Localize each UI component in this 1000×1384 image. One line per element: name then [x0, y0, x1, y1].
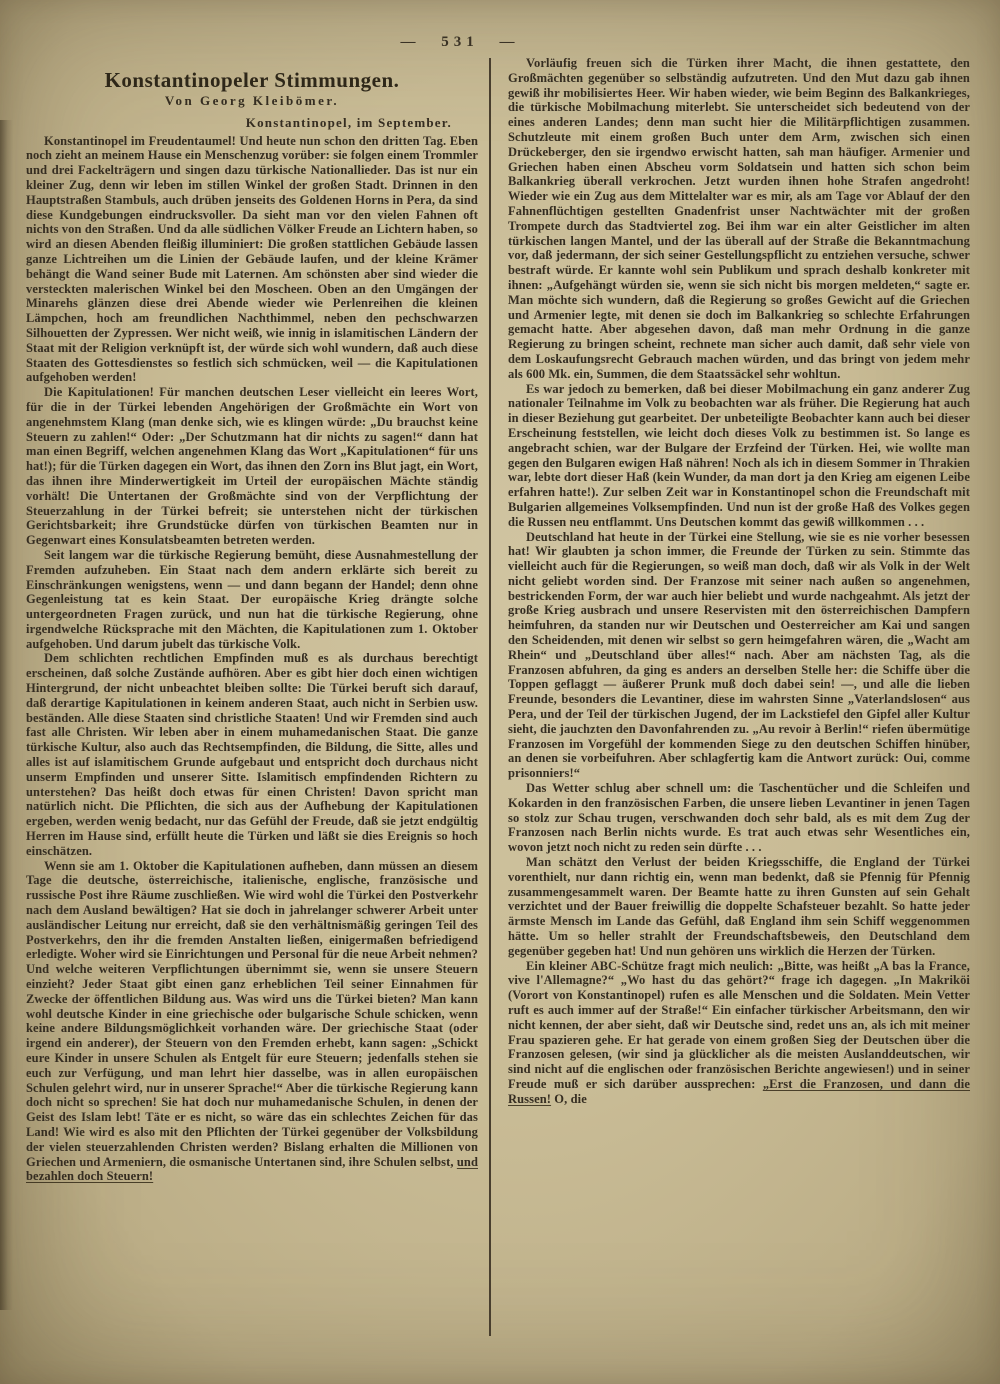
article-body: Konstantinopeler Stimmungen. Von Georg K…	[26, 56, 970, 1184]
paragraph: Die Kapitulationen! Für manchen deutsche…	[26, 385, 478, 548]
paragraph: Konstantinopel im Freudentaumel! Und heu…	[26, 134, 478, 386]
paragraph: Dem schlichten rechtlichen Empfinden muß…	[26, 651, 478, 858]
left-edge-ink-smudge	[0, 120, 13, 1310]
paragraph: Seit langem war die türkische Regierung …	[26, 548, 478, 652]
paragraph: Es war jedoch zu bemerken, daß bei diese…	[508, 382, 970, 530]
page-number: — 531 —	[401, 34, 520, 51]
right-column: Vorläufig freuen sich die Türken ihrer M…	[508, 56, 970, 1184]
paragraph: Man schätzt den Verlust der beiden Krieg…	[508, 855, 970, 959]
article-title: Konstantinopeler Stimmungen.	[26, 68, 478, 92]
paragraph: Das Wetter schlug aber schnell um: die T…	[508, 781, 970, 855]
paragraph-text: Wenn sie am 1. Oktober die Kapitulatione…	[26, 859, 478, 1169]
paragraph-text: O, die	[551, 1092, 587, 1106]
paragraph: Deutschland hat heute in der Türkei eine…	[508, 530, 970, 782]
paragraph: Wenn sie am 1. Oktober die Kapitulatione…	[26, 859, 478, 1185]
left-column: Konstantinopeler Stimmungen. Von Georg K…	[26, 56, 478, 1184]
paragraph: Vorläufig freuen sich die Türken ihrer M…	[508, 56, 970, 382]
article-dateline: Konstantinopel, im September.	[26, 116, 478, 131]
article-byline: Von Georg Kleibömer.	[26, 94, 478, 109]
paragraph: Ein kleiner ABC-Schütze fragt mich neuli…	[508, 959, 970, 1107]
paragraph-text: Ein kleiner ABC-Schütze fragt mich neuli…	[508, 959, 970, 1091]
